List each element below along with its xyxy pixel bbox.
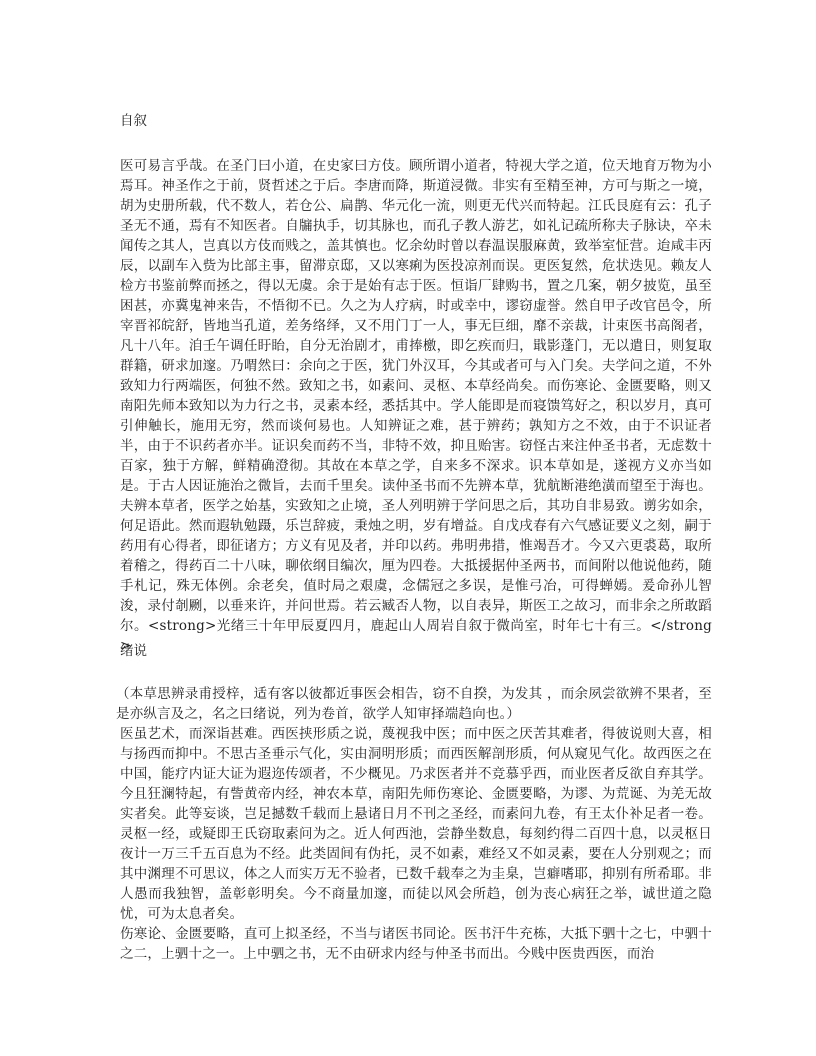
introduction-body: （本草思辨录甫授梓，适有客以彼都近事医会相告，窃不自揆，为发其 ，而余夙尝欲辨不… <box>116 684 712 964</box>
introduction-note: （本草思辨录甫授梓，适有客以彼都近事医会相告，窃不自揆，为发其 ，而余夙尝欲辨不… <box>116 684 712 724</box>
introduction-paragraph: 医虽艺术，而深诣甚难。西医挟形质之说，蔑视我中医；而中医之厌苦其难者，得彼说则大… <box>116 724 712 924</box>
preface-body: 医可易言乎哉。在圣门曰小道，在史家曰方伎。顾所谓小道者，特视大学之道，位天地育万… <box>120 156 712 656</box>
preface-paragraph: 医可易言乎哉。在圣门曰小道，在史家曰方伎。顾所谓小道者，特视大学之道，位天地育万… <box>120 156 712 656</box>
section-title-preface: 自叙 <box>120 111 147 131</box>
introduction-paragraph: 伤寒论、金匮要略，直可上拟圣经，不当与诸医书同论。医书汗牛充栋，大抵下驷十之七，… <box>116 924 712 964</box>
section-title-introduction: 绪说 <box>120 641 147 661</box>
